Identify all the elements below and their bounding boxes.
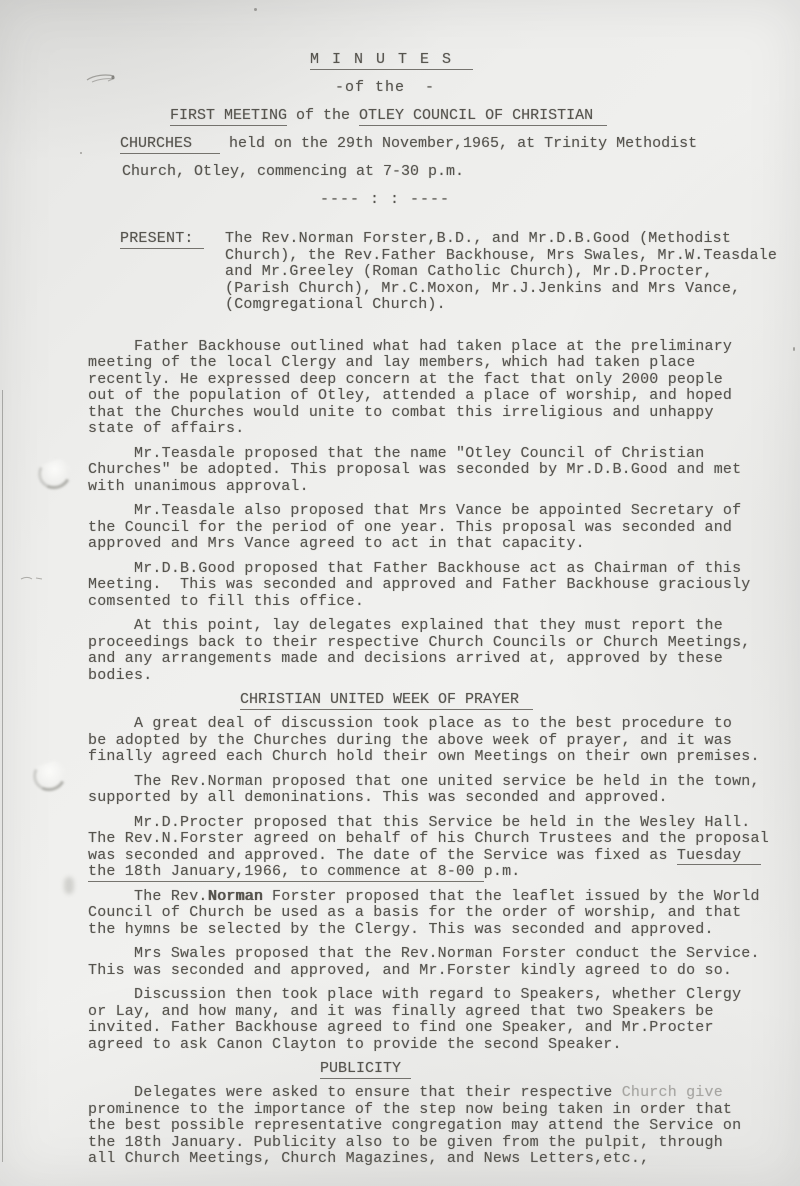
council-name-text: OTLEY COUNCIL OF CHRISTIAN <box>359 107 607 126</box>
paragraph-lay-delegates: At this point, lay delegates explained t… <box>88 618 788 684</box>
text-line: (Parish Church), Mr.C.Moxon, Mr.J.Jenkin… <box>225 281 777 298</box>
paragraph-chairman-appointed: Mr.D.B.Good proposed that Father Backhou… <box>88 561 788 611</box>
held-line-2: Church, Otley, commencing at 7-30 p.m. <box>122 158 788 186</box>
first-meeting-text: FIRST MEETING <box>170 107 287 126</box>
text-line: the hymns be selected by the Clergy. Thi… <box>88 922 788 939</box>
text-segment: Delegates were asked to ensure that thei… <box>88 1084 622 1101</box>
title-subline: -of the - <box>335 74 788 102</box>
title-text: M I N U T E S <box>310 51 473 70</box>
paragraph-secretary-appointed: Mr.Teasdale also proposed that Mrs Vance… <box>88 503 788 553</box>
text-line: Mr.Teasdale also proposed that Mrs Vance… <box>88 503 788 520</box>
text-line: Churches" be adopted. This proposal was … <box>88 462 788 479</box>
text-line: Meeting. This was seconded and approved … <box>88 577 788 594</box>
text-line: the best possible representative congreg… <box>88 1118 788 1135</box>
text-line: Mrs Swales proposed that the Rev.Norman … <box>88 946 788 963</box>
text-segment: was seconded and approved. The date of t… <box>88 847 677 864</box>
paragraph-publicity: Delegates were asked to ensure that thei… <box>88 1085 788 1168</box>
text-line: (Comgregational Church). <box>225 297 777 314</box>
meeting-line: FIRST MEETING of the OTLEY COUNCIL OF CH… <box>170 102 788 130</box>
overtyped-word: Norman <box>208 888 263 905</box>
dash-separator: ---- : : ---- <box>320 186 788 214</box>
text-line: Council of Church be used as a basis for… <box>88 905 788 922</box>
text-line: finally agreed each Church hold their ow… <box>88 749 788 766</box>
text-line: comsented to fill this office. <box>88 594 788 611</box>
text-line: Mr.Teasdale proposed that the name "Otle… <box>88 446 788 463</box>
underlined-service-date: the 18th January,1966, to commence at 8-… <box>88 863 484 882</box>
text-line: and Mr.Greeley (Roman Catholic Church), … <box>225 264 777 281</box>
of-the-text: of the <box>287 107 359 124</box>
present-attendees: The Rev.Norman Forster,B.D., and Mr.D.B.… <box>225 231 777 314</box>
text-line: Discussion then took place with regard t… <box>88 987 788 1004</box>
text-line: prominence to the importance of the step… <box>88 1102 788 1119</box>
text-line: At this point, lay delegates explained t… <box>88 618 788 635</box>
text-segment: Forster proposed that the leaflet issued… <box>263 888 760 905</box>
paragraph-speakers: Discussion then took place with regard t… <box>88 987 788 1053</box>
text-line: recently. He expressed deep concern at t… <box>88 372 788 389</box>
text-line: A great deal of discussion took place as… <box>88 716 788 733</box>
text-line: Mr.D.Procter proposed that this Service … <box>88 815 788 832</box>
scan-speck <box>793 347 795 351</box>
text-line: that the Churches would unite to combat … <box>88 405 788 422</box>
paragraph-procedure-discussion: A great deal of discussion took place as… <box>88 716 788 766</box>
heading-text: PUBLICITY <box>320 1060 411 1079</box>
text-line: The Rev.Norman Forster,B.D., and Mr.D.B.… <box>225 231 777 248</box>
text-line: out of the population of Otley, attended… <box>88 388 788 405</box>
text-line: or Lay, and how many, and it was finally… <box>88 1004 788 1021</box>
paragraph-wesley-hall: Mr.D.Procter proposed that this Service … <box>88 815 788 881</box>
present-label-text: PRESENT: <box>120 230 204 249</box>
text-line: proceedings back to their respective Chu… <box>88 635 788 652</box>
text-line: Delegates were asked to ensure that thei… <box>88 1085 788 1102</box>
section-heading-week-of-prayer: CHRISTIAN UNITED WEEK OF PRAYER <box>240 691 788 708</box>
heading-text: CHRISTIAN UNITED WEEK OF PRAYER <box>240 691 533 710</box>
text-segment: p.m. <box>484 863 521 880</box>
text-line: Mr.D.B.Good proposed that Father Backhou… <box>88 561 788 578</box>
section-heading-publicity: PUBLICITY <box>320 1060 788 1077</box>
text-line: This was seconded and approved, and Mr.F… <box>88 963 788 980</box>
paragraph-forster-conducts: Mrs Swales proposed that the Rev.Norman … <box>88 946 788 979</box>
present-label: PRESENT: <box>120 231 225 314</box>
underlined-service-date: Tuesday <box>677 847 761 866</box>
held-rest-text: held on the 29th November,1965, at Trini… <box>220 135 697 152</box>
text-line: all Church Meetings, Church Magazines, a… <box>88 1151 788 1168</box>
paragraph-leaflet-order-of-worship: The Rev.Norman Forster proposed that the… <box>88 889 788 939</box>
text-line: bodies. <box>88 668 788 685</box>
text-line: state of affairs. <box>88 421 788 438</box>
held-line: CHURCHES held on the 29th November,1965,… <box>120 130 788 158</box>
text-line: Church), the Rev.Father Backhouse, Mrs S… <box>225 248 777 265</box>
present-section: PRESENT: The Rev.Norman Forster,B.D., an… <box>88 231 788 314</box>
text-line: invited. Father Backhouse agreed to find… <box>88 1020 788 1037</box>
text-line: the Council for the period of one year. … <box>88 520 788 537</box>
typewritten-minutes: M I N U T E S -of the - FIRST MEETING of… <box>0 0 788 1168</box>
document-page: M I N U T E S -of the - FIRST MEETING of… <box>0 0 800 1186</box>
text-line: agreed to ask Canon Clayton to provide t… <box>88 1037 788 1054</box>
churches-text: CHURCHES <box>120 135 220 154</box>
paragraph-united-service: The Rev.Norman proposed that one united … <box>88 774 788 807</box>
document-title: M I N U T E S <box>310 46 788 74</box>
text-line: and any arrangements made and decisions … <box>88 651 788 668</box>
text-line: with unanimous approval. <box>88 479 788 496</box>
paragraph-name-adopted: Mr.Teasdale proposed that the name "Otle… <box>88 446 788 496</box>
text-line: the 18th January,1966, to commence at 8-… <box>88 864 788 881</box>
text-line: was seconded and approved. The date of t… <box>88 848 788 865</box>
faded-text-segment: Church give <box>622 1084 723 1101</box>
text-line: approved and Mrs Vance agreed to act in … <box>88 536 788 553</box>
text-line: meeting of the local Clergy and lay memb… <box>88 355 788 372</box>
text-line: be adopted by the Churches during the ab… <box>88 733 788 750</box>
text-line: The Rev.N.Forster agreed on behalf of hi… <box>88 831 788 848</box>
text-line: The Rev.Norman proposed that one united … <box>88 774 788 791</box>
text-segment: The Rev. <box>88 888 208 905</box>
text-line: Father Backhouse outlined what had taken… <box>88 339 788 356</box>
text-line: the 18th January. Publicity also to be g… <box>88 1135 788 1152</box>
text-line: The Rev.Norman Forster proposed that the… <box>88 889 788 906</box>
text-line: supported by all demoninations. This was… <box>88 790 788 807</box>
paragraph-backhouse-outline: Father Backhouse outlined what had taken… <box>88 339 788 438</box>
